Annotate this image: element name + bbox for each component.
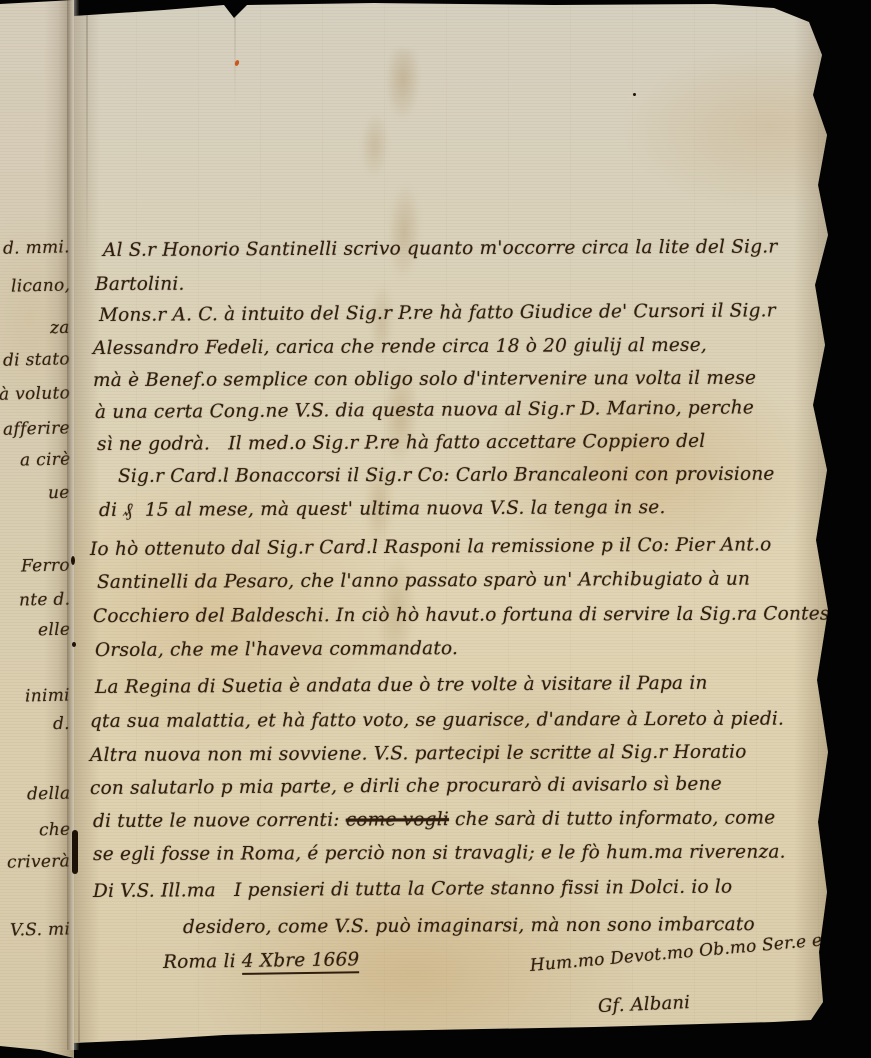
- letter-line: Mons.r A. C. à intuito del Sig.r P.re hà…: [99, 300, 776, 326]
- struck-out-words: come vogli: [346, 809, 449, 831]
- ink-speck: [633, 93, 636, 96]
- letter-line: desidero, come V.S. può imaginarsi, mà n…: [183, 914, 755, 938]
- ink-speck: [72, 642, 76, 647]
- margin-fragment: afferire: [3, 418, 70, 439]
- letter-line: con salutarlo p mia parte, e dirli che p…: [90, 774, 722, 799]
- letter-page: Al S.r Honorio Santinelli scrivo quanto …: [74, 0, 828, 1058]
- letter-line: qta sua malattia, et hà fatto voto, se g…: [90, 709, 784, 732]
- letter-line: Orsola, che me l'haveva commandato.: [95, 638, 458, 661]
- manuscript-scan: d. mmi. licano, za di stato à voluto aff…: [0, 0, 871, 1058]
- letter-line: Io hò ottenuto dal Sig.r Card.l Rasponi …: [90, 534, 772, 560]
- paper-crease: [234, 0, 236, 110]
- margin-fragment: inimi: [25, 686, 70, 707]
- paper-crease: [86, 0, 88, 270]
- line-segment: di tutte le nuove correnti:: [93, 810, 346, 832]
- ink-speck: [71, 556, 75, 565]
- margin-fragment: che: [38, 820, 70, 841]
- letter-line: Altra nuova non mi sovviene. V.S. partec…: [90, 742, 747, 766]
- date-place: Roma li: [163, 951, 242, 973]
- letter-line: Santinelli da Pesaro, che l'anno passato…: [97, 569, 750, 593]
- margin-fragment: Ferro: [21, 555, 70, 576]
- signature-name: Gf. Albani: [598, 992, 691, 1017]
- letter-line-with-strikethrough: di tutte le nuove correnti: come vogli c…: [93, 807, 776, 832]
- letter-line: Alessandro Fedeli, carica che rende circ…: [93, 335, 707, 359]
- margin-fragment: nte d.: [18, 589, 70, 610]
- margin-fragment: elle: [38, 620, 71, 641]
- red-fleck: [234, 59, 240, 66]
- date-underlined: 4 Xbre 1669: [242, 949, 360, 975]
- letter-line: Bartolini.: [95, 274, 185, 295]
- margin-fragment: della: [26, 784, 70, 805]
- date-line: Roma li 4 Xbre 1669: [163, 949, 360, 973]
- margin-fragment: d. mmi.: [3, 237, 70, 258]
- letter-line: mà è Benef.o semplice con obligo solo d'…: [93, 368, 756, 391]
- letter-line: di ₰ 15 al mese, mà quest' ultima nuova …: [99, 497, 666, 522]
- ink-blot: [72, 830, 78, 874]
- margin-fragment: a cirè: [19, 449, 70, 470]
- facing-page-edge: d. mmi. licano, za di stato à voluto aff…: [0, 0, 74, 1058]
- letter-line: La Regina di Suetia è andata due ò tre v…: [95, 673, 708, 698]
- paper-crease: [78, 930, 80, 1042]
- letter-line: se egli fosse in Roma, é perciò non si t…: [93, 842, 786, 865]
- margin-fragment: criverà: [7, 851, 71, 872]
- letter-line: Al S.r Honorio Santinelli scrivo quanto …: [103, 236, 777, 261]
- letter-line: à una certa Cong.ne V.S. dia questa nuov…: [95, 397, 754, 423]
- margin-fragment: di stato: [3, 349, 70, 370]
- margin-fragment: à voluto: [0, 383, 70, 404]
- letter-line: Di V.S. Ill.ma I pensieri di tutta la Co…: [93, 877, 732, 902]
- letter-line: Sig.r Card.l Bonaccorsi il Sig.r Co: Car…: [118, 464, 775, 487]
- margin-fragment: V.S. mi: [10, 919, 71, 940]
- line-segment: che sarà di tutto informato, come: [449, 807, 776, 830]
- margin-fragment: licano,: [11, 275, 71, 296]
- letter-line: sì ne godrà. Il med.o Sig.r P.re hà fatt…: [97, 431, 705, 455]
- letter-line: Cocchiero del Baldeschi. In ciò hò havut…: [93, 603, 851, 627]
